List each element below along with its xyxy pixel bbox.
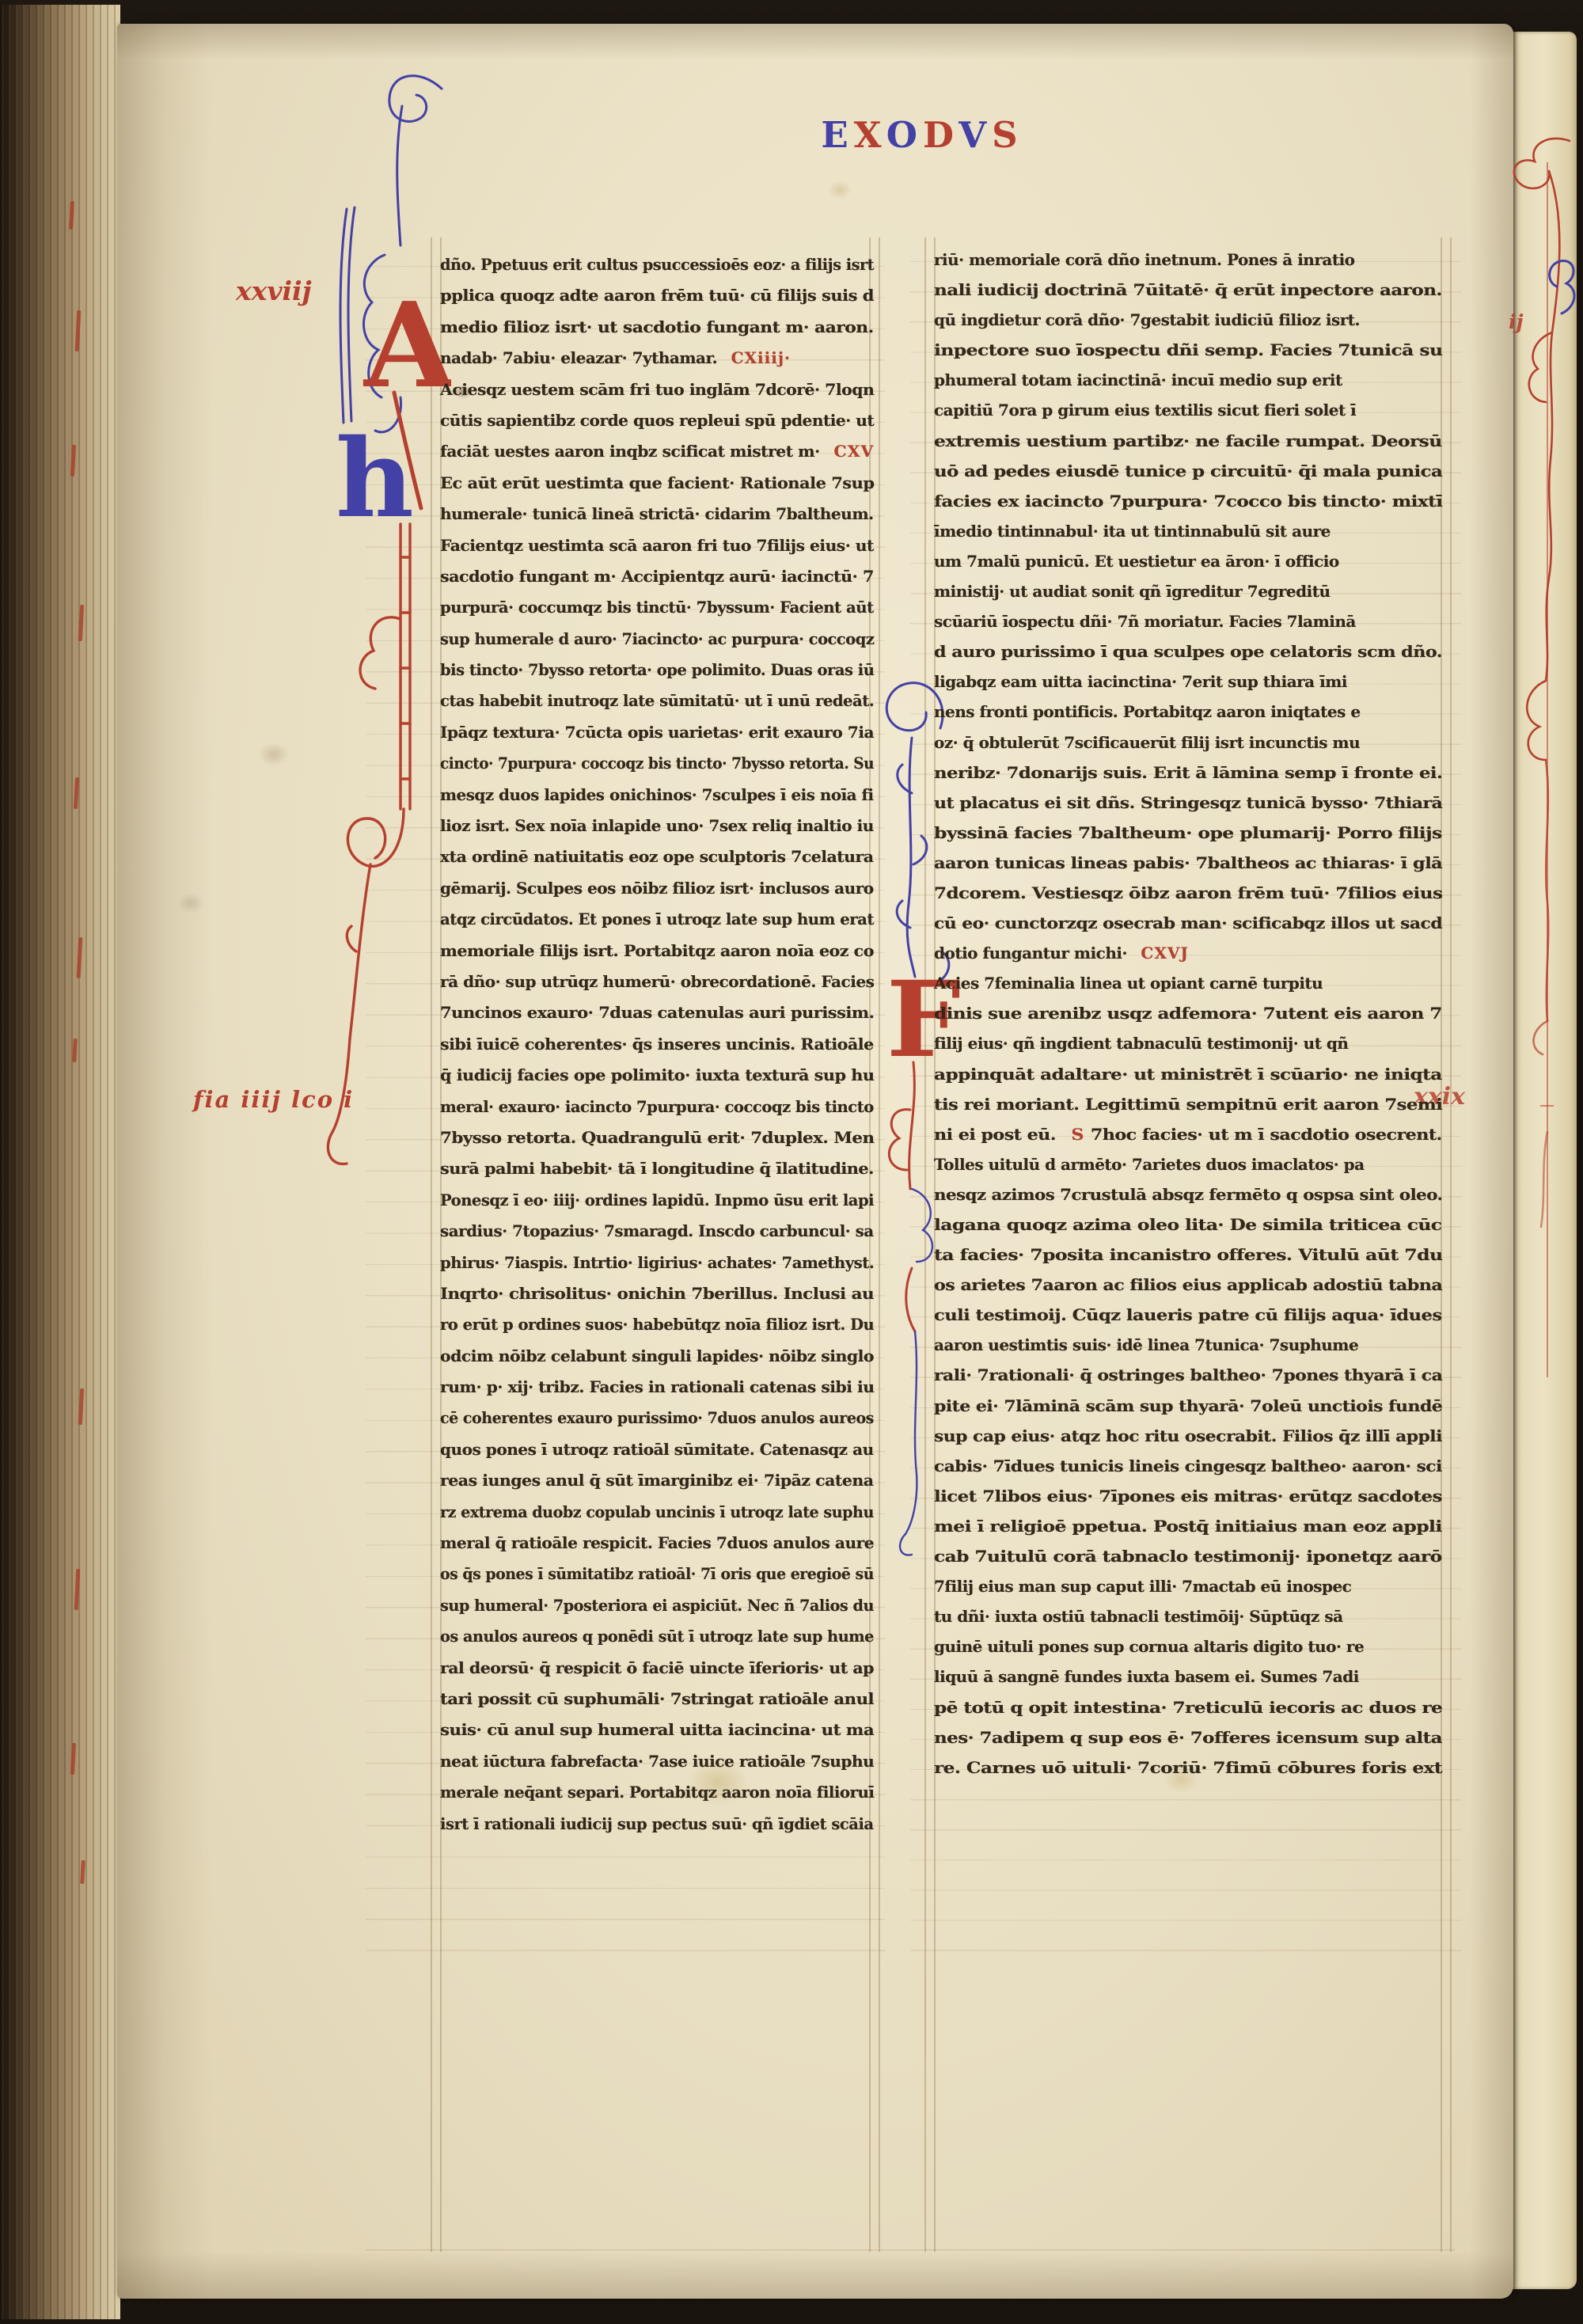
manuscript-text-line: ta facies· 7posita incanistro offeres. V… [934,1245,1442,1275]
manuscript-text-line: isrt ī rationali iudicij sup pectus suū·… [440,1814,874,1845]
manuscript-text-line: um 7malū punicū. Et uestietur ea āron· ī… [934,552,1442,582]
book-page-stack-edge [0,5,120,2319]
manuscript-text-line: ctas habebit inutroqz late sūmitatū· ut … [440,691,874,722]
running-title-letter: D [923,114,959,156]
manuscript-text-line: pē totū q opit intestina· 7reticulū ieco… [934,1698,1442,1728]
ruling-line-vertical [1450,237,1452,2252]
manuscript-text-line: extremis uestium partibz· ne facile rump… [934,431,1442,461]
manuscript-text-line: gēmarij. Sculpes eos nōibz filioz isrt· … [440,879,874,909]
manuscript-text-line: q̄ iudicij facies ope polimito· iuxta te… [440,1065,874,1096]
running-title-letter: X [854,114,886,156]
manuscript-text-line: ligabqz eam uitta iacinctina· 7erit sup … [934,672,1442,702]
running-title-letter: V [959,114,992,156]
manuscript-text-line: meral· exauro· iacincto 7purpura· coccoq… [440,1097,874,1128]
running-title-letter: E [821,114,853,156]
manuscript-text-line: liquū ā sangnē fundes iuxta basem ei. Su… [934,1667,1442,1697]
manuscript-text-line: Ec aūt erūt uestimta que facient· Ration… [440,473,874,504]
manuscript-text-line: nes· 7adipem q sup eos ē· 7offeres icens… [934,1728,1442,1758]
next-folio-edge [1512,32,1577,2289]
manuscript-text-line: phirus· 7iaspis. Intrtio· ligirius· acha… [440,1253,874,1284]
manuscript-text-line: ni ei post eū. S 7hoc facies· ut m ī sac… [934,1125,1442,1155]
manuscript-text-line: rz extrema duobz copulab uncinis ī utroq… [440,1502,874,1533]
chapter-number-xxviii: xxviij [236,275,312,306]
manuscript-text-line: 7filij eius man sup caput illi· 7mactab … [934,1577,1442,1607]
manuscript-text-line: sacdotio fungant m· Accipientqz aurū· ia… [440,567,874,598]
manuscript-text-line: sup humerale d auro· 7iacincto· ac purpu… [440,629,874,660]
running-title-letter: O [886,114,923,156]
manuscript-text-line: 7uncinos exauro· 7duas catenulas auri pu… [440,1003,874,1034]
manuscript-text-line: neribz· 7donarijs suis. Erit ā lāmina se… [934,763,1442,793]
manuscript-text-line: faciāt uestes aaron inqbz scificat mistr… [440,442,874,473]
manuscript-text-line: rā dño· sup utrūqz humerū· obrecordation… [440,972,874,1003]
manuscript-text-line: facies ex iacincto 7purpura· 7cocco bis … [934,492,1442,522]
manuscript-text-line: Acies 7feminalia linea ut opiant carnē t… [934,974,1442,1004]
manuscript-text-line: purpurā· coccumqz bis tinctū· 7byssum· F… [440,598,874,628]
manuscript-text-line: reas iunges anul q̄ sūt īmarginibz ei· 7… [440,1471,874,1502]
manuscript-text-line: sibi īuicē coherentes· q̄s inseres uncin… [440,1035,874,1065]
manuscript-text-line: inpectore suo īospectu dñi semp. Facies … [934,340,1442,370]
ruling-line-vertical [879,237,880,2252]
manuscript-text-line: merale neq̄ant separi. Portabitqz aaron … [440,1783,874,1813]
manuscript-text-line: tu dñi· iuxta ostiū tabnacli testimōij· … [934,1607,1442,1637]
manuscript-text-line: Facientqz uestimta scā aaron fri tuo 7fi… [440,536,874,567]
marginal-note-fia-iiij: fia iiij lco i [193,1086,354,1113]
rubric-section-number: CXiiij· [723,348,791,367]
manuscript-text-line: nesqz azimos 7crustulā absqz fermēto q o… [934,1185,1442,1215]
manuscript-text-line: tari possit cū suphumāli· 7stringat rati… [440,1689,874,1720]
manuscript-text-line: d auro purissimo ī qua sculpes ope celat… [934,642,1442,672]
manuscript-text-line: riū· memoriale corā dño inetnum. Pones ā… [934,250,1442,280]
manuscript-text-line: phumeral totam iacinctinā· incuī medio s… [934,370,1442,401]
rubric-section-number: S [1061,1125,1084,1144]
manuscript-text-line: ministij· ut audiat sonit qñ īgreditur 7… [934,582,1442,612]
manuscript-text-line: cabis· 7īdues tunicis lineis cingesqz ba… [934,1456,1442,1487]
manuscript-text-line: cē coherentes exauro purissimo· 7duos an… [440,1408,874,1439]
manuscript-text-line: nali iudicij doctrinā 7ūitatē· q̄ erūt i… [934,280,1442,310]
manuscript-text-line: humerale· tunicā lineā strictā· cidarim … [440,504,874,535]
manuscript-text-line: dotio fungantur michi· CXVJ [934,944,1442,974]
manuscript-text-line: Tolles uitulū d armēto· 7arietes duos im… [934,1155,1442,1185]
manuscript-text-line: sup humeral· 7posteriora ei aspiciūt. Ne… [440,1596,874,1627]
rubric-section-number: CXVJ [1132,944,1188,963]
manuscript-text-line: quos pones ī utroqz ratioāl sūmitate. Ca… [440,1440,874,1471]
manuscript-text-line: odcim nōibz celabunt singuli lapides· nō… [440,1346,874,1377]
manuscript-text-line: mei ī religioē ppetua. Postq̄ initiaius … [934,1517,1442,1547]
manuscript-text-line: appinquāt adaltare· ut ministrēt ī scūar… [934,1065,1442,1095]
manuscript-text-line: surā palmi habebit· tā ī longitudine q̄ … [440,1159,874,1190]
red-ruling-tick [1540,1105,1554,1107]
running-title-letter: S [992,114,1023,156]
manuscript-text-line: cūtis sapientibz corde quos repleui spū … [440,411,874,442]
manuscript-text-line: scūariū īospectu dñi· 7ñ moriatur. Facie… [934,612,1442,642]
manuscript-text-line: memoriale filijs isrt. Portabitqz aaron … [440,941,874,972]
manuscript-text-line: 7bysso retorta. Quadrangulū erit· 7duple… [440,1128,874,1159]
manuscript-text-line: lagana quoqz azima oleo lita· De simila … [934,1215,1442,1245]
manuscript-text-line: atqz circūdatos. Et pones ī utroqz late … [440,909,874,940]
ruling-line-horizontal [366,2250,1455,2250]
manuscript-text-line: īmedio tintinnabul· ita ut tintinnabulū … [934,522,1442,552]
page-edge-striations [0,5,120,2319]
manuscript-text-line: nens fronti pontificis. Portabitqz aaron… [934,702,1442,732]
manuscript-text-line: sup cap eius· atqz hoc ritu osecrabit. F… [934,1426,1442,1456]
manuscript-text-line: dño. Ppetuus erit cultus psuccessioēs eo… [440,255,874,286]
manuscript-text-line: Ponesqz ī eo· iiij· ordines lapidū. Inpm… [440,1190,874,1221]
manuscript-text-line: lioz isrt. Sex noīa inlapide uno· 7sex r… [440,816,874,847]
running-title: EXODVS [791,114,1053,156]
manuscript-text-line: ral deorsū· q̄ respicit ō faciē uincte ī… [440,1658,874,1689]
manuscript-text-line: cincto· 7purpura· coccoqz bis tincto· 7b… [440,754,874,784]
manuscript-text-line: ut placatus ei sit dñs. Stringesqz tunic… [934,793,1442,823]
manuscript-text-line: os anulos aureos q ponēdi sūt ī utroqz l… [440,1627,874,1658]
manuscript-text-line: culi testimoij. Cūqz laueris patre cū fi… [934,1305,1442,1335]
manuscript-text-line: Aciesqz uestem scām fri tuo inglām 7dcor… [440,380,874,411]
manuscript-text-line: filij eius· qñ ingdient tabnaculū testim… [934,1034,1442,1064]
manuscript-text-line: dinis sue arenibz usqz adfemora· 7utent … [934,1004,1442,1034]
manuscript-text-line: sardius· 7topazius· 7smaragd. Inscdo car… [440,1221,874,1252]
manuscript-text-line: xta ordinē natiuitatis eoz ope sculptori… [440,847,874,878]
manuscript-text-line: os q̄s pones ī sūmitatibz ratioāl· 7ī or… [440,1564,874,1595]
manuscript-text-line: aaron uestimtis suis· idē linea 7tunica·… [934,1335,1442,1365]
manuscript-text-line: qū ingdietur corā dño· 7gestabit iudiciū… [934,310,1442,340]
text-column-left: dño. Ppetuus erit cultus psuccessioēs eo… [440,255,874,1845]
manuscript-text-line: oz· q̄ obtulerūt 7scificauerūt filij isr… [934,733,1442,763]
manuscript-text-line: Ipāqz textura· 7cūcta opis uarietas· eri… [440,723,874,754]
edge-quire-mark-ij: ij [1509,310,1524,333]
manuscript-text-line: capitiū 7ora p girum eius textilis sicut… [934,401,1442,431]
manuscript-text-line: aaron tunicas lineas pabis· 7baltheos ac… [934,853,1442,883]
manuscript-text-line: bis tincto· 7bysso retorta· ope polimito… [440,660,874,691]
manuscript-text-line: neat iūctura fabrefacta· 7ase iuice rati… [440,1752,874,1783]
text-column-right: riū· memoriale corā dño inetnum. Pones ā… [934,250,1442,1788]
manuscript-text-line: Inqrto· chrisolitus· onichin 7berillus. … [440,1284,874,1315]
manuscript-text-line: licet 7libos eius· 7īpones eis mitras· e… [934,1487,1442,1517]
manuscript-text-line: byssinā facies 7baltheum· ope plumarij· … [934,823,1442,853]
red-ruling-line-next-folio [1547,162,1548,1377]
manuscript-text-line: cab 7uitulū corā tabnaclo testimonij· ip… [934,1547,1442,1577]
manuscript-text-line: suis· cū anul sup humeral uitta iacincin… [440,1720,874,1751]
manuscript-photo: EXODVS xxviij fia iiij lco i xxix ij A h [0,0,1583,2324]
manuscript-text-line: nadab· 7abiu· eleazar· 7ythamar. CXiiij· [440,348,874,379]
manuscript-text-line: re. Carnes uō uituli· 7coriū· 7fimū cōbu… [934,1758,1442,1788]
manuscript-text-line: pite ei· 7lāminā scām sup thyarā· 7oleū … [934,1396,1442,1426]
rubric-section-number: CXV [825,442,874,461]
manuscript-text-line: os arietes 7aaron ac filios eius applica… [934,1275,1442,1305]
manuscript-text-line: pplica quoqz adte aaron frēm tuū· cū fil… [440,286,874,317]
manuscript-text-line: cū eo· cunctorzqz osecrab man· scificabq… [934,913,1442,944]
manuscript-text-line: guinē uituli pones sup cornua altaris di… [934,1637,1442,1667]
manuscript-text-line: rali· 7rationali· q̄ ostringes baltheo· … [934,1365,1442,1396]
manuscript-text-line: 7dcorem. Vestiesqz ōibz aaron frēm tuū· … [934,883,1442,913]
ruling-line-vertical [924,237,926,2252]
manuscript-text-line: ro erūt p ordines suos· habebūtqz noīa f… [440,1315,874,1346]
manuscript-text-line: uō ad pedes eiusdē tunice p circuitū· q̄… [934,461,1442,492]
manuscript-text-line: medio filioz isrt· ut sacdotio fungant m… [440,317,874,348]
manuscript-text-line: mesqz duos lapides onichinos· 7sculpes ī… [440,785,874,816]
manuscript-text-line: meral q̄ ratioāle respicit. Facies 7duos… [440,1533,874,1564]
ruling-line-vertical [431,237,432,2252]
manuscript-text-line: tis rei moriant. Legittimū sempitnū erit… [934,1095,1442,1125]
manuscript-text-line: rum· p· xij· tribz. Facies in rationali … [440,1377,874,1408]
